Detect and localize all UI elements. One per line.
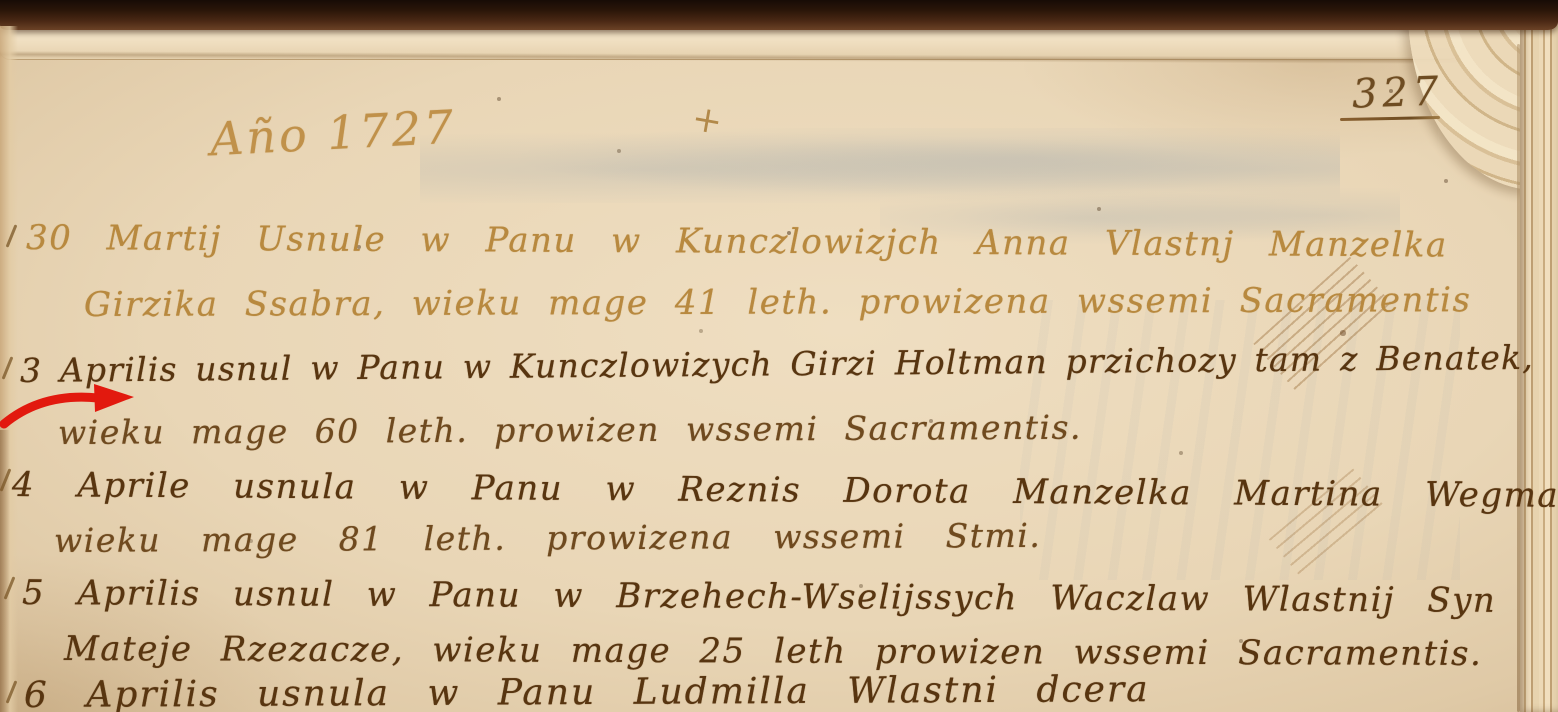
register-line: 30 Martij Usnule w Panu w Kunczlowizjch … (26, 218, 1448, 265)
register-page-scan: 327 Año 1727 + 30 Martij Usnule w Panu w… (0, 0, 1558, 712)
register-line: Girzika Ssabra, wieku mage 41 leth. prow… (84, 280, 1472, 325)
register-line: 6 Aprilis usnula w Panu Ludmilla Wlastni… (24, 669, 1150, 712)
register-line: wieku mage 81 leth. prowizena wssemi Stm… (54, 516, 1042, 560)
page-edge-shadow (1517, 44, 1520, 712)
register-line: wieku mage 60 leth. prowizen wssemi Sacr… (58, 408, 1082, 452)
cross-mark: + (689, 98, 726, 144)
red-arrow-annotation (0, 380, 140, 432)
book-binding (0, 0, 1558, 30)
register-line: 4 Aprile usnula w Panu w Reznis Dorota M… (12, 465, 1558, 516)
register-line: 3 Aprilis usnul w Panu w Kunczlowizych G… (20, 338, 1534, 390)
register-line: Mateje Rzezacze, wieku mage 25 leth prow… (64, 629, 1482, 674)
year-heading: Año 1727 (209, 100, 458, 167)
register-line: 5 Aprilis usnul w Panu w Brzehech-Wselij… (22, 573, 1496, 621)
page-number: 327 (1351, 68, 1444, 117)
